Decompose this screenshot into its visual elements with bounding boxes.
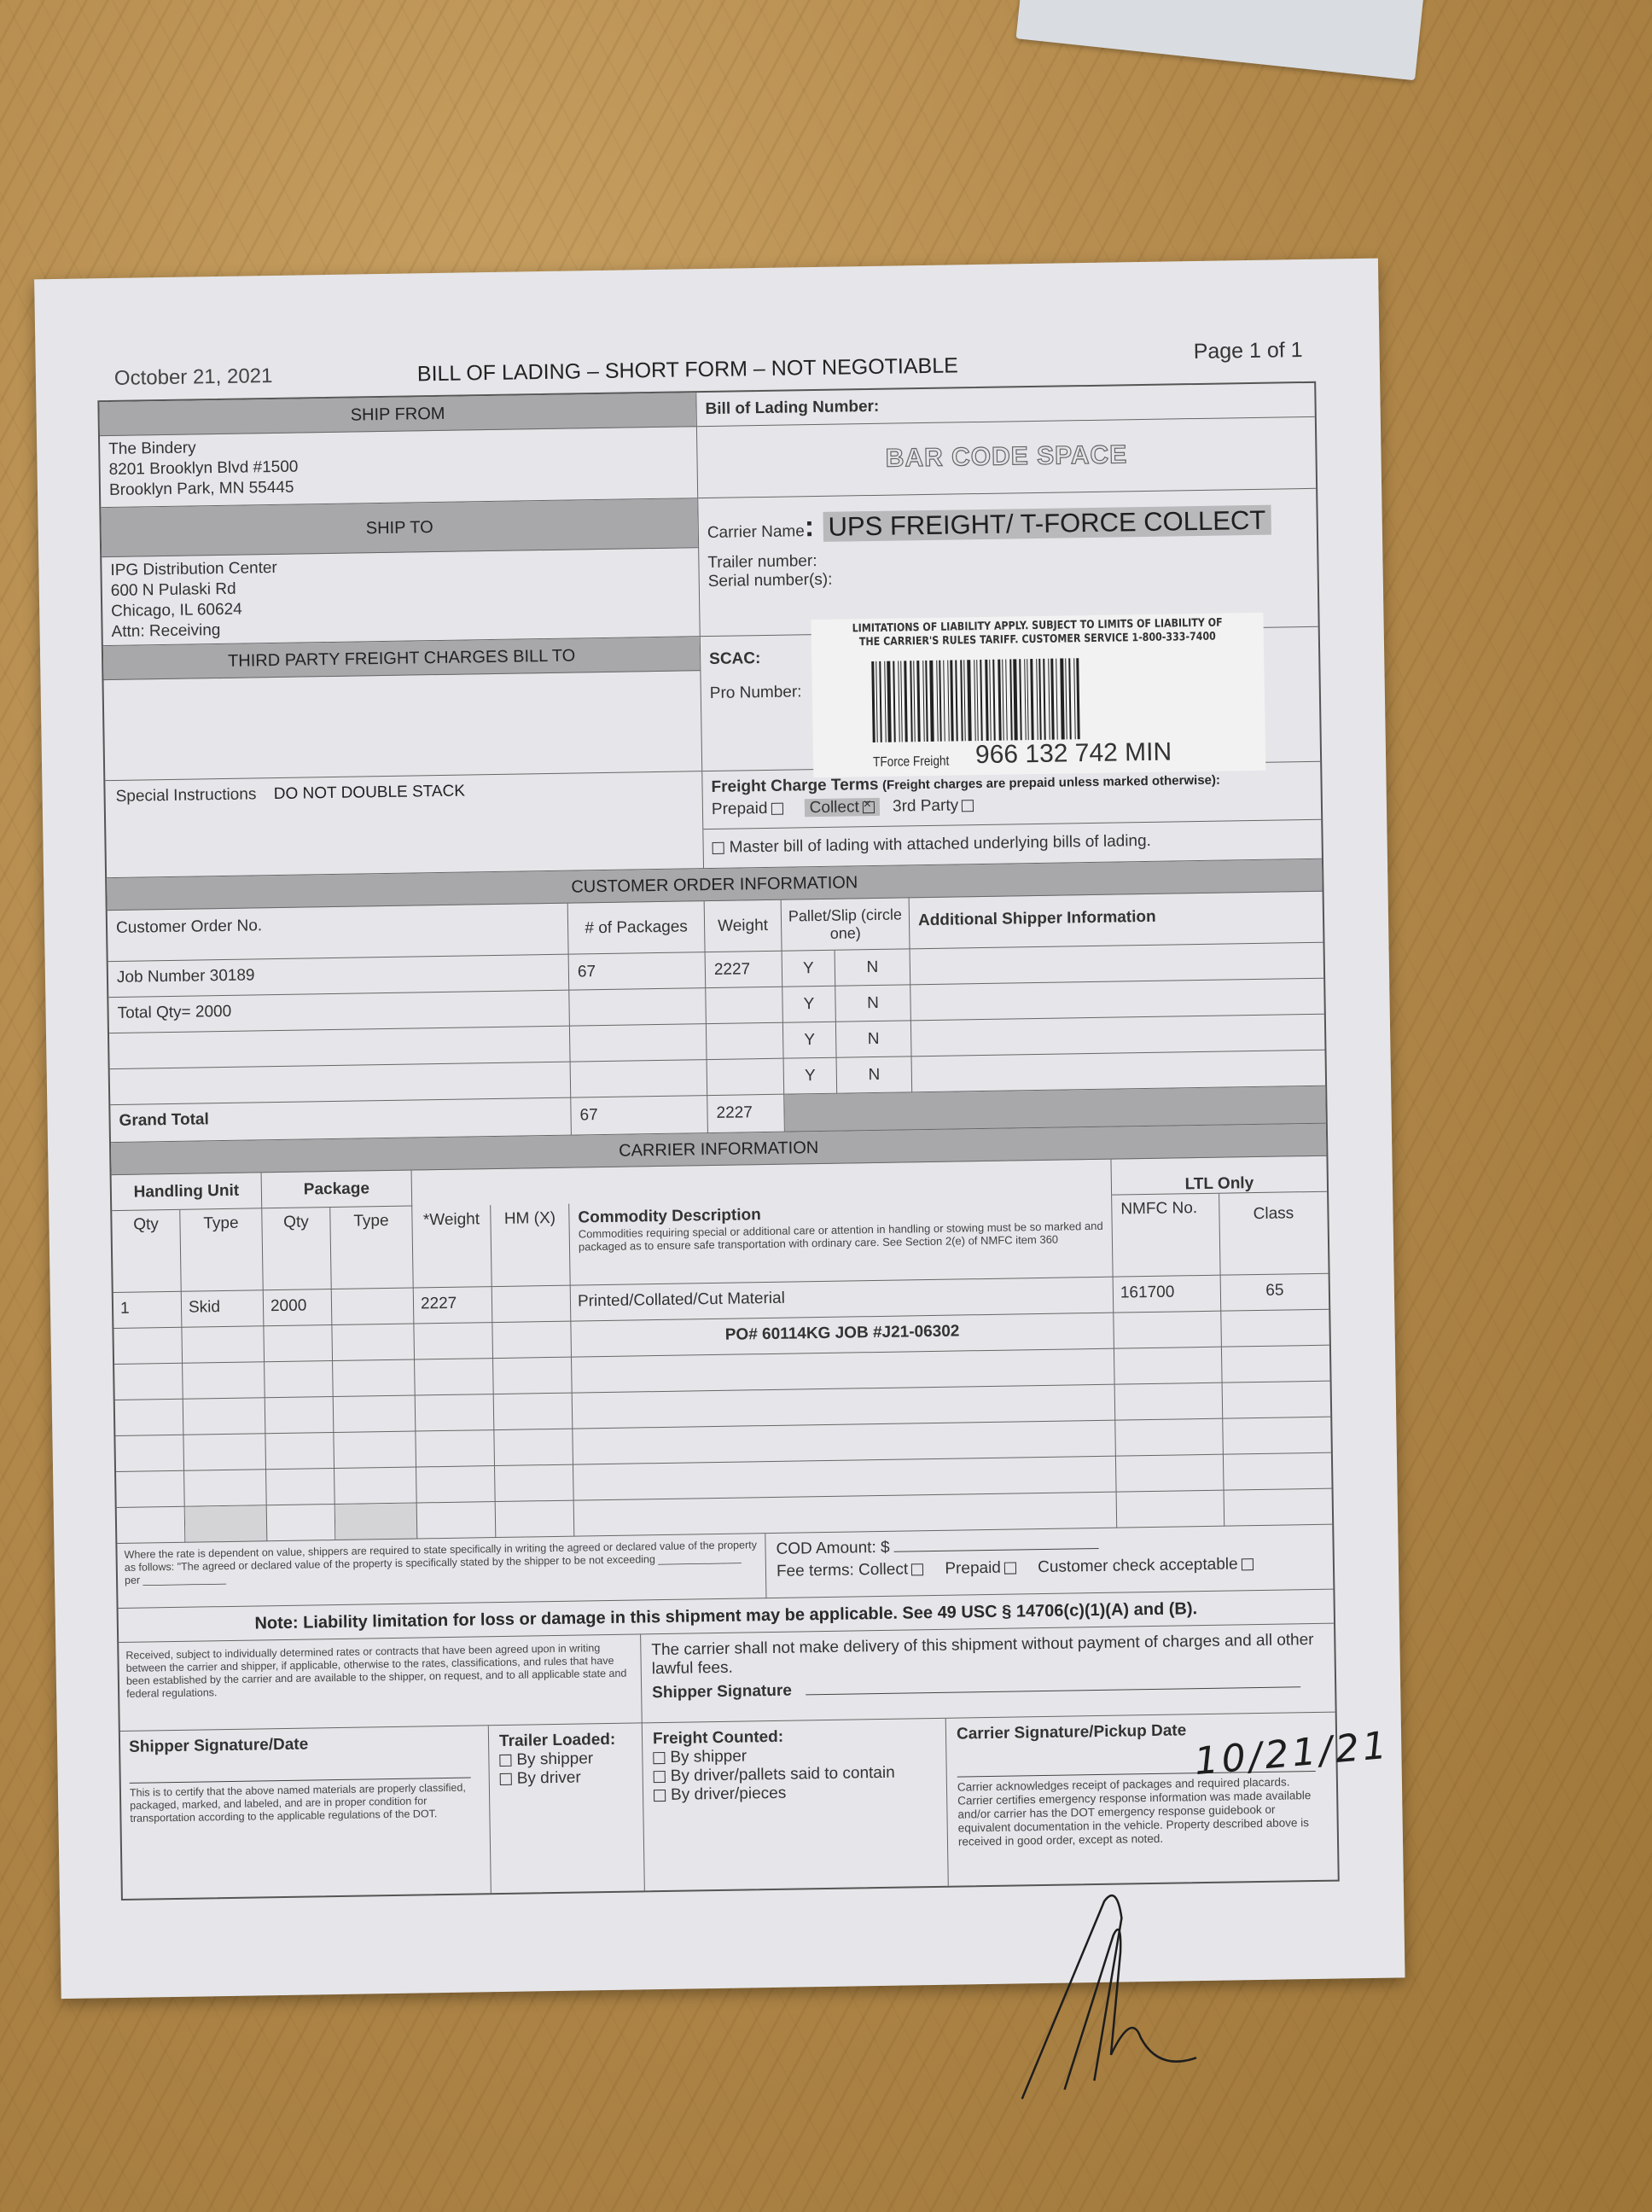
carrier-ack-text: Carrier acknowledges receipt of packages… (957, 1775, 1327, 1849)
shipper-certify-text: This is to certify that the above named … (130, 1781, 481, 1825)
col-hm: HM (X) (491, 1204, 570, 1287)
collect-label: Collect (810, 798, 859, 817)
pkg-qty-cell (264, 1325, 333, 1362)
pro-number-value: 966 132 742 MIN (975, 738, 1172, 771)
pkg-type-cell (334, 1396, 416, 1434)
carrier-signature-block: Carrier Signature/Pickup Date Carrier ac… (946, 1713, 1338, 1886)
collect-checkbox[interactable] (863, 801, 875, 813)
pkg-type-cell (332, 1324, 415, 1362)
carrier-delivery-text: The carrier shall not make delivery of t… (651, 1631, 1324, 1679)
pkg-type-cell (334, 1432, 416, 1470)
master-bol-checkbox[interactable] (713, 842, 724, 854)
trailer-by-driver-checkbox[interactable] (500, 1773, 512, 1785)
grand-total-weight: 2227 (707, 1095, 785, 1133)
nmfc-cell (1114, 1312, 1222, 1349)
nmfc-cell (1116, 1455, 1224, 1493)
pkg-type-cell (332, 1289, 415, 1326)
received-text: Received, subject to individually determ… (119, 1634, 643, 1732)
col-hu-qty: Qty (112, 1210, 181, 1293)
third-party-label: 3rd Party (893, 796, 958, 815)
pkg-qty-cell: 2000 (264, 1289, 333, 1326)
pkg-qty-cell (265, 1397, 334, 1434)
hu-qty-cell (116, 1471, 185, 1508)
folder-corner (1016, 0, 1425, 80)
freight-counted-block: Freight Counted: By shipper By driver/pa… (643, 1719, 949, 1891)
trailer-by-shipper[interactable]: By shipper (499, 1749, 631, 1770)
hu-type-cell (183, 1362, 265, 1400)
prepaid-checkbox[interactable] (771, 803, 782, 815)
group-handling-unit: Handling Unit (112, 1173, 263, 1211)
cod-amount-field[interactable] (894, 1548, 1099, 1552)
hm-cell (495, 1465, 574, 1502)
trailer-by-shipper-label: By shipper (516, 1749, 593, 1768)
ship-to-address: IPG Distribution Center 600 N Pulaski Rd… (102, 548, 700, 646)
pkg-qty-cell (265, 1361, 334, 1398)
grand-total-packages: 67 (571, 1096, 708, 1136)
pallet-n-option[interactable]: N (835, 985, 911, 1022)
third-party-checkbox[interactable] (962, 800, 974, 812)
trailer-loaded-label: Trailer Loaded: (499, 1731, 631, 1751)
carrier-info-rows: 1Skid20002227Printed/Collated/Cut Materi… (113, 1274, 1332, 1544)
hm-cell (493, 1358, 573, 1394)
weight-cell (414, 1323, 493, 1359)
top-section: SHIP FROM The Bindery 8201 Brooklyn Blvd… (99, 383, 1322, 878)
packages-cell (570, 1024, 707, 1062)
carrier-name-value: UPS FREIGHT/ T-FORCE COLLECT (823, 505, 1271, 542)
weight-cell (707, 1023, 784, 1060)
special-instructions-field[interactable]: Special Instructions DO NOT DOUBLE STACK (105, 771, 703, 878)
hu-type-cell: Skid (182, 1290, 265, 1328)
carrier-name-label: Carrier Name (707, 522, 805, 542)
page-indicator: Page 1 of 1 (1193, 338, 1302, 364)
signature-row: Shipper Signature/Date This is to certif… (120, 1713, 1338, 1899)
group-ltl-only: LTL Only (1111, 1156, 1327, 1196)
col-commodity: Commodity Description Commodities requir… (569, 1196, 1113, 1286)
pkg-type-cell (334, 1468, 417, 1505)
nmfc-cell (1115, 1383, 1224, 1421)
weight-cell (415, 1359, 494, 1395)
bar-code-space: BAR CODE SPACE (697, 417, 1316, 498)
col-additional-info: Additional Shipper Information (910, 892, 1323, 950)
pallet-y-option[interactable]: Y (782, 987, 836, 1023)
pallet-n-option[interactable]: N (837, 1057, 913, 1093)
counted-by-driver-pallets-label: By driver/pallets said to contain (671, 1764, 895, 1785)
fee-collect-checkbox[interactable] (911, 1563, 923, 1575)
hu-qty-cell (115, 1400, 184, 1436)
tforce-brand: TForce Freight (873, 754, 949, 771)
group-package: Package (262, 1171, 413, 1209)
customer-order-rows: Job Number 30189672227YNTotal Qty= 2000Y… (108, 943, 1325, 1105)
col-pkg-type: Type (330, 1207, 413, 1289)
col-nmfc: NMFC No. (1112, 1194, 1220, 1278)
hu-qty-cell: 1 (113, 1292, 183, 1329)
class-cell (1222, 1346, 1330, 1383)
third-party-field[interactable] (103, 671, 701, 781)
freight-terms-note: (Freight charges are prepaid unless mark… (882, 773, 1220, 793)
document-title: BILL OF LADING – SHORT FORM – NOT NEGOTI… (417, 353, 958, 387)
class-cell (1224, 1453, 1332, 1491)
bol-form: SHIP FROM The Bindery 8201 Brooklyn Blvd… (97, 381, 1339, 1901)
packages-cell: 67 (569, 952, 707, 991)
weight-cell (416, 1394, 495, 1431)
special-instructions-label: Special Instructions (115, 785, 256, 806)
customer-check-label: Customer check acceptable (1038, 1555, 1238, 1576)
hu-qty-cell (117, 1507, 186, 1544)
counted-by-driver-pallets-checkbox[interactable] (654, 1771, 666, 1783)
counted-by-driver-pieces-checkbox[interactable] (654, 1790, 666, 1802)
hu-type-cell (183, 1398, 266, 1435)
nmfc-cell: 161700 (1114, 1276, 1222, 1313)
hm-cell (494, 1429, 573, 1466)
customer-check-checkbox[interactable] (1242, 1558, 1254, 1570)
shipper-signature-label: Shipper Signature (652, 1682, 792, 1703)
class-cell (1221, 1310, 1329, 1348)
bill-of-lading-document: October 21, 2021 BILL OF LADING – SHORT … (34, 259, 1405, 1999)
left-column: SHIP FROM The Bindery 8201 Brooklyn Blvd… (99, 393, 704, 878)
hu-type-cell (184, 1470, 267, 1507)
weight-cell: 2227 (706, 952, 783, 988)
hu-type-cell (182, 1326, 265, 1364)
counted-by-shipper-checkbox[interactable] (653, 1752, 665, 1764)
class-cell (1223, 1382, 1331, 1419)
col-class: Class (1219, 1192, 1328, 1276)
pro-number-sticker: LIMITATIONS OF LIABILITY APPLY. SUBJECT … (811, 613, 1265, 777)
trailer-by-driver[interactable]: By driver (500, 1768, 632, 1789)
hu-qty-cell (115, 1435, 184, 1472)
pkg-qty-cell (266, 1469, 335, 1505)
hu-qty-cell (113, 1328, 183, 1365)
weight-cell (417, 1502, 497, 1539)
shipper-sig-date-label: Shipper Signature/Date (129, 1732, 480, 1756)
freight-option-prepaid[interactable]: Prepaid (712, 800, 783, 818)
prepaid-label: Prepaid (712, 800, 768, 818)
packages-cell (569, 988, 707, 1027)
class-cell (1224, 1489, 1333, 1527)
freight-option-3rd-party[interactable]: 3rd Party (893, 796, 974, 815)
weight-cell (707, 1059, 785, 1096)
pallet-y-option[interactable]: Y (784, 1058, 838, 1095)
trailer-loaded-block: Trailer Loaded: By shipper By driver (489, 1723, 645, 1893)
col-packages: # of Packages (568, 901, 706, 955)
weight-cell (706, 987, 783, 1024)
nmfc-cell (1114, 1348, 1223, 1385)
document-date: October 21, 2021 (114, 364, 273, 391)
freight-terms-label: Freight Charge Terms (711, 776, 878, 796)
pallet-y-option[interactable]: Y (782, 951, 836, 987)
pallet-n-option[interactable]: N (836, 1021, 912, 1057)
pkg-qty-cell (267, 1505, 336, 1541)
declared-value-text: Where the rate is dependent on value, sh… (117, 1534, 766, 1609)
liability-warning: LIMITATIONS OF LIABILITY APPLY. SUBJECT … (845, 613, 1230, 649)
master-bol-label: Master bill of lading with attached unde… (729, 832, 1151, 857)
col-weight: Weight (705, 900, 782, 952)
hu-qty-cell (114, 1364, 183, 1400)
hm-cell (496, 1501, 575, 1538)
pkg-type-cell (335, 1504, 418, 1541)
hu-type-cell (185, 1505, 268, 1543)
pkg-type-cell (333, 1360, 416, 1398)
col-weight: *Weight (412, 1205, 492, 1288)
ship-to-heading: SHIP TO (101, 498, 698, 557)
class-cell (1223, 1417, 1331, 1455)
hu-type-cell (183, 1434, 266, 1471)
col-pkg-qty: Qty (262, 1208, 331, 1290)
hm-cell (492, 1322, 572, 1359)
nmfc-cell (1115, 1419, 1224, 1457)
col-hu-type: Type (180, 1208, 263, 1291)
packages-cell (571, 1060, 708, 1098)
col-customer-order: Customer Order No. (108, 904, 569, 962)
counted-by-driver-pieces[interactable]: By driver/pieces (654, 1782, 936, 1805)
fee-collect-label: Collect (858, 1560, 908, 1579)
ship-from-address: The Bindery 8201 Brooklyn Blvd #1500 Bro… (100, 427, 697, 508)
counted-by-driver-pieces-label: By driver/pieces (671, 1784, 786, 1804)
fee-prepaid-label: Prepaid (945, 1559, 1001, 1578)
special-instructions-value: DO NOT DOUBLE STACK (274, 783, 465, 804)
weight-cell (416, 1430, 495, 1467)
weight-cell (416, 1466, 496, 1503)
fee-terms-label: Fee terms: (777, 1561, 854, 1580)
col-pallet-slip: Pallet/Slip (circle one) (782, 898, 910, 951)
shipper-sig-date-block: Shipper Signature/Date This is to certif… (120, 1726, 492, 1899)
pro-barcode (871, 656, 1213, 742)
shipper-signature-line[interactable] (806, 1686, 1300, 1695)
freight-option-collect[interactable]: Collect (805, 798, 880, 817)
cod-section: COD Amount: $ Fee terms: Collect Prepaid… (765, 1525, 1333, 1598)
trailer-by-driver-label: By driver (517, 1769, 581, 1788)
hm-cell (494, 1394, 573, 1430)
carrier-signature-scribble (1010, 1883, 1201, 2107)
carrier-delivery-section: The carrier shall not make delivery of t… (641, 1624, 1335, 1724)
pallet-y-option[interactable]: Y (783, 1022, 837, 1059)
right-column: Bill of Lading Number: BAR CODE SPACE Ca… (696, 383, 1322, 869)
class-cell: 65 (1221, 1274, 1329, 1312)
cod-amount-label: COD Amount: $ (776, 1539, 889, 1558)
counted-by-shipper-label: By shipper (670, 1747, 747, 1766)
hm-cell (492, 1286, 572, 1323)
weight-cell: 2227 (414, 1287, 493, 1324)
trailer-by-shipper-checkbox[interactable] (499, 1755, 511, 1767)
fee-prepaid-checkbox[interactable] (1004, 1562, 1016, 1574)
bar-code-space-text: BAR CODE SPACE (886, 440, 1128, 473)
pallet-n-option[interactable]: N (835, 949, 911, 986)
pkg-qty-cell (265, 1433, 334, 1470)
nmfc-cell (1117, 1491, 1225, 1528)
